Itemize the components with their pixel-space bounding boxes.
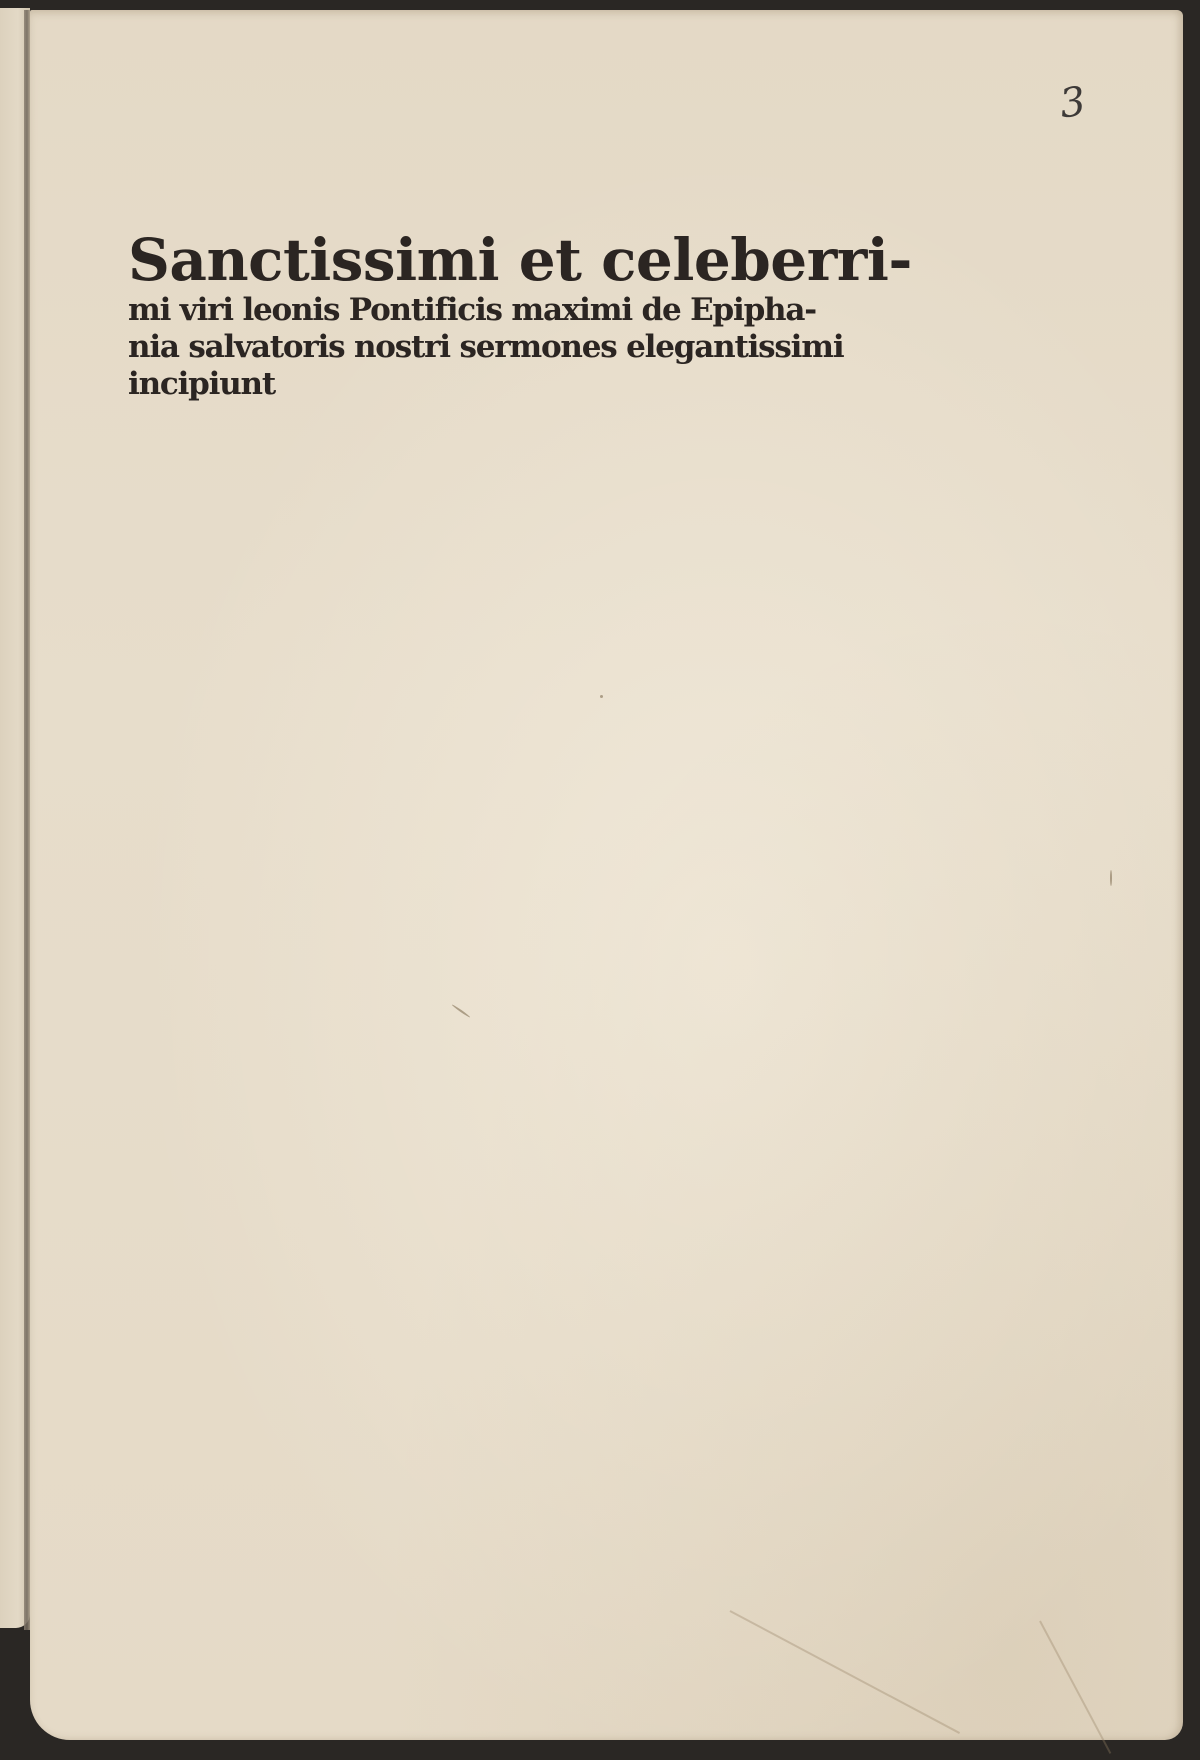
title-block: Sanctissimi et celeberri- mi viri leonis… [128, 228, 868, 403]
paper-crease [1039, 1621, 1111, 1754]
title-line: incipiunt [128, 366, 868, 403]
title-line: mi viri leonis Pontificis maximi de Epip… [128, 292, 868, 329]
paper-speck [451, 1004, 470, 1018]
paper-crease [730, 1610, 961, 1734]
title-line: nia salvatoris nostri sermones elegantis… [128, 329, 868, 366]
title-line: Sanctissimi et celeberri- [128, 228, 868, 292]
paper-speck [600, 695, 603, 698]
paper-speck [1110, 870, 1112, 886]
